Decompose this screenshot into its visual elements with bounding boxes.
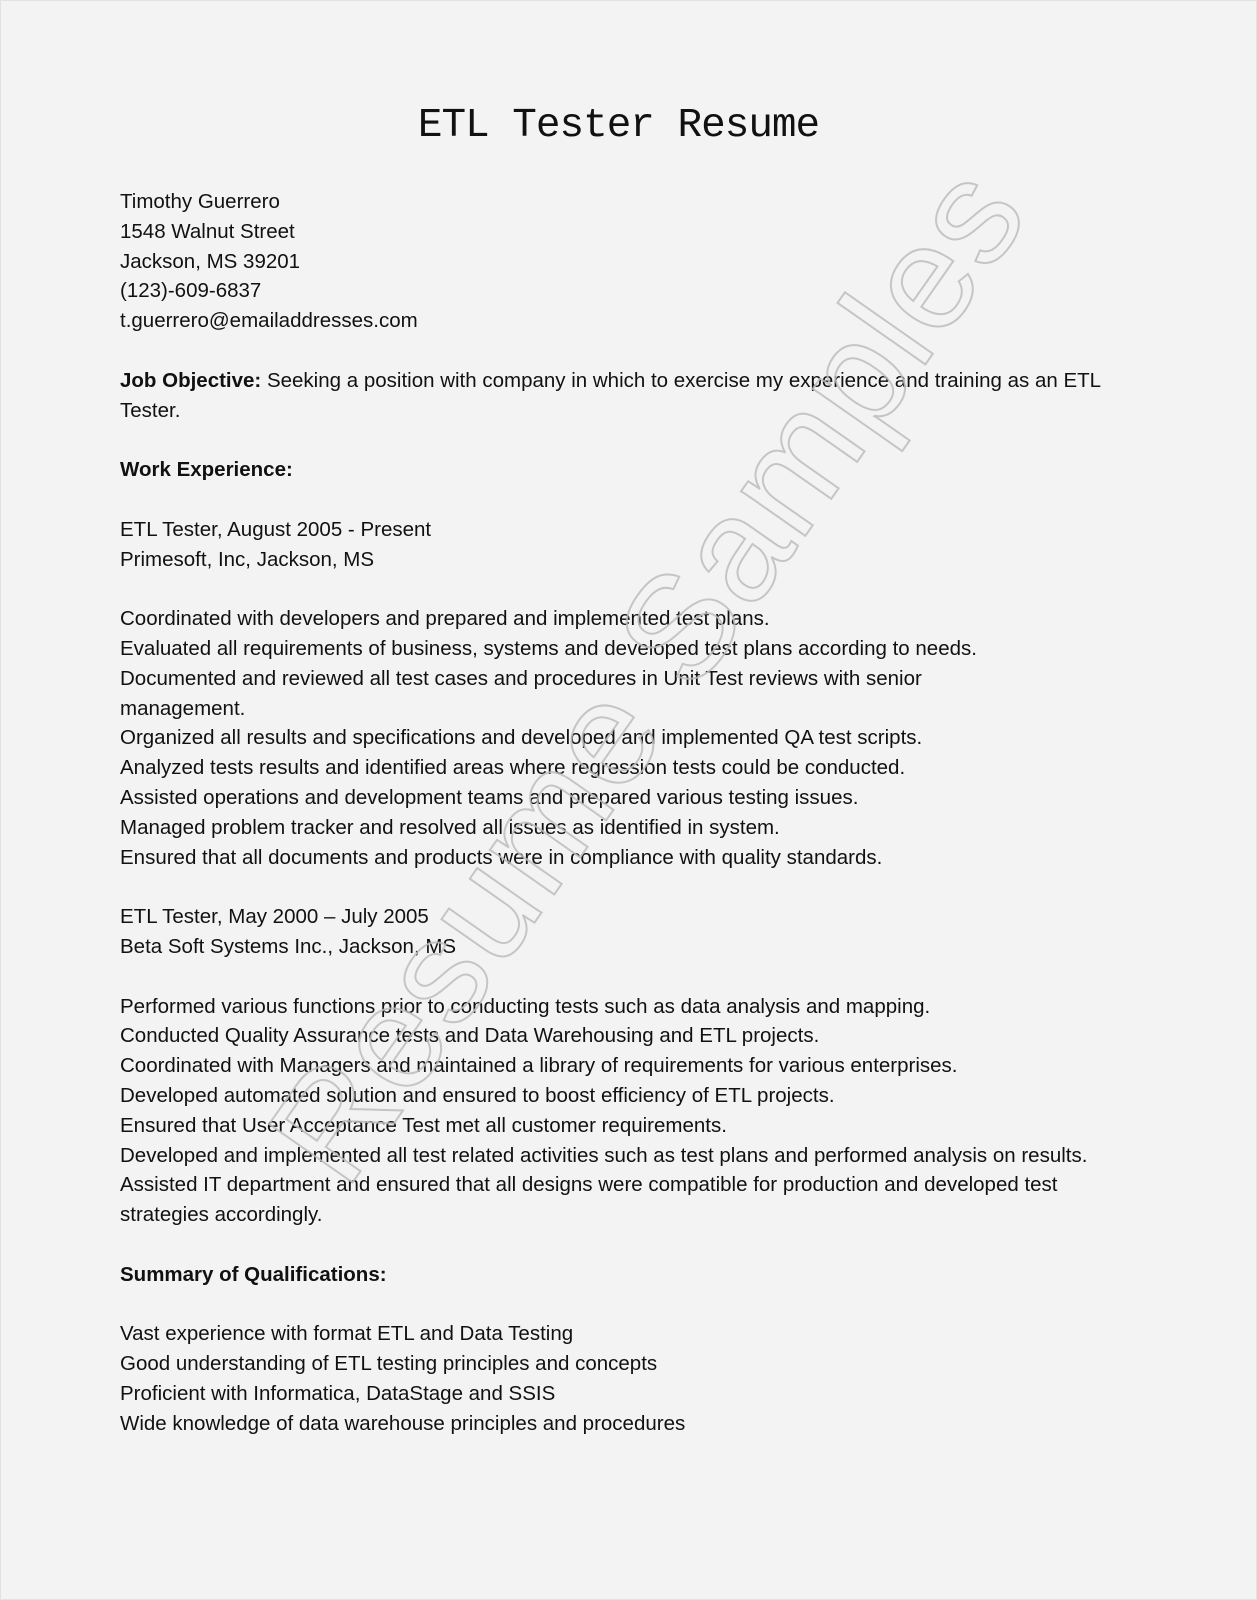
duty-item: Assisted operations and development team… [120, 783, 1130, 813]
qualification-item: Wide knowledge of data warehouse princip… [120, 1409, 1130, 1439]
duty-item: Analyzed tests results and identified ar… [120, 753, 1130, 783]
work-experience-heading: Work Experience: [120, 455, 1130, 485]
duty-item: Assisted IT department and ensured that … [120, 1170, 1110, 1230]
qualifications-heading: Summary of Qualifications: [120, 1260, 1130, 1290]
contact-block: Timothy Guerrero 1548 Walnut Street Jack… [120, 187, 1130, 336]
contact-phone: (123)-609-6837 [120, 276, 1130, 306]
duty-item: Developed and implemented all test relat… [120, 1141, 1110, 1171]
duty-item: Conducted Quality Assurance tests and Da… [120, 1021, 1130, 1051]
contact-name: Timothy Guerrero [120, 187, 1130, 217]
job-company: Beta Soft Systems Inc., Jackson, MS [120, 932, 1130, 962]
contact-city: Jackson, MS 39201 [120, 247, 1130, 277]
job-entry: ETL Tester, August 2005 - Present Primes… [120, 515, 1130, 873]
duty-item: Ensured that all documents and products … [120, 843, 1130, 873]
job-company: Primesoft, Inc, Jackson, MS [120, 545, 1130, 575]
job-duties: Coordinated with developers and prepared… [120, 604, 1130, 872]
job-entry: ETL Tester, May 2000 – July 2005 Beta So… [120, 902, 1130, 1230]
duty-item: Ensured that User Acceptance Test met al… [120, 1111, 1130, 1141]
resume-body: Timothy Guerrero 1548 Walnut Street Jack… [120, 187, 1130, 1438]
duty-item: Evaluated all requirements of business, … [120, 634, 1130, 664]
document-title-text: ETL Tester Resume [418, 103, 819, 149]
job-duties: Performed various functions prior to con… [120, 992, 1130, 1230]
contact-email: t.guerrero@emailaddresses.com [120, 306, 1130, 336]
duty-item: Coordinated with developers and prepared… [120, 604, 1130, 634]
objective-text: Seeking a position with company in which… [120, 369, 1100, 422]
job-objective: Job Objective: Seeking a position with c… [120, 366, 1130, 426]
duty-item: Coordinated with Managers and maintained… [120, 1051, 1130, 1081]
duty-item: Performed various functions prior to con… [120, 992, 1130, 1022]
job-title-dates: ETL Tester, May 2000 – July 2005 [120, 902, 1130, 932]
duty-item: Managed problem tracker and resolved all… [120, 813, 1130, 843]
duty-item: Developed automated solution and ensured… [120, 1081, 1130, 1111]
document-title: ETL Tester Resume [0, 103, 1257, 149]
objective-label: Job Objective: [120, 369, 261, 392]
contact-street: 1548 Walnut Street [120, 217, 1130, 247]
qualification-item: Good understanding of ETL testing princi… [120, 1349, 1130, 1379]
qualification-item: Proficient with Informatica, DataStage a… [120, 1379, 1130, 1409]
duty-item: Documented and reviewed all test cases a… [120, 664, 1020, 724]
qualifications-list: Vast experience with format ETL and Data… [120, 1319, 1130, 1438]
qualification-item: Vast experience with format ETL and Data… [120, 1319, 1130, 1349]
job-title-dates: ETL Tester, August 2005 - Present [120, 515, 1130, 545]
duty-item: Organized all results and specifications… [120, 723, 1130, 753]
